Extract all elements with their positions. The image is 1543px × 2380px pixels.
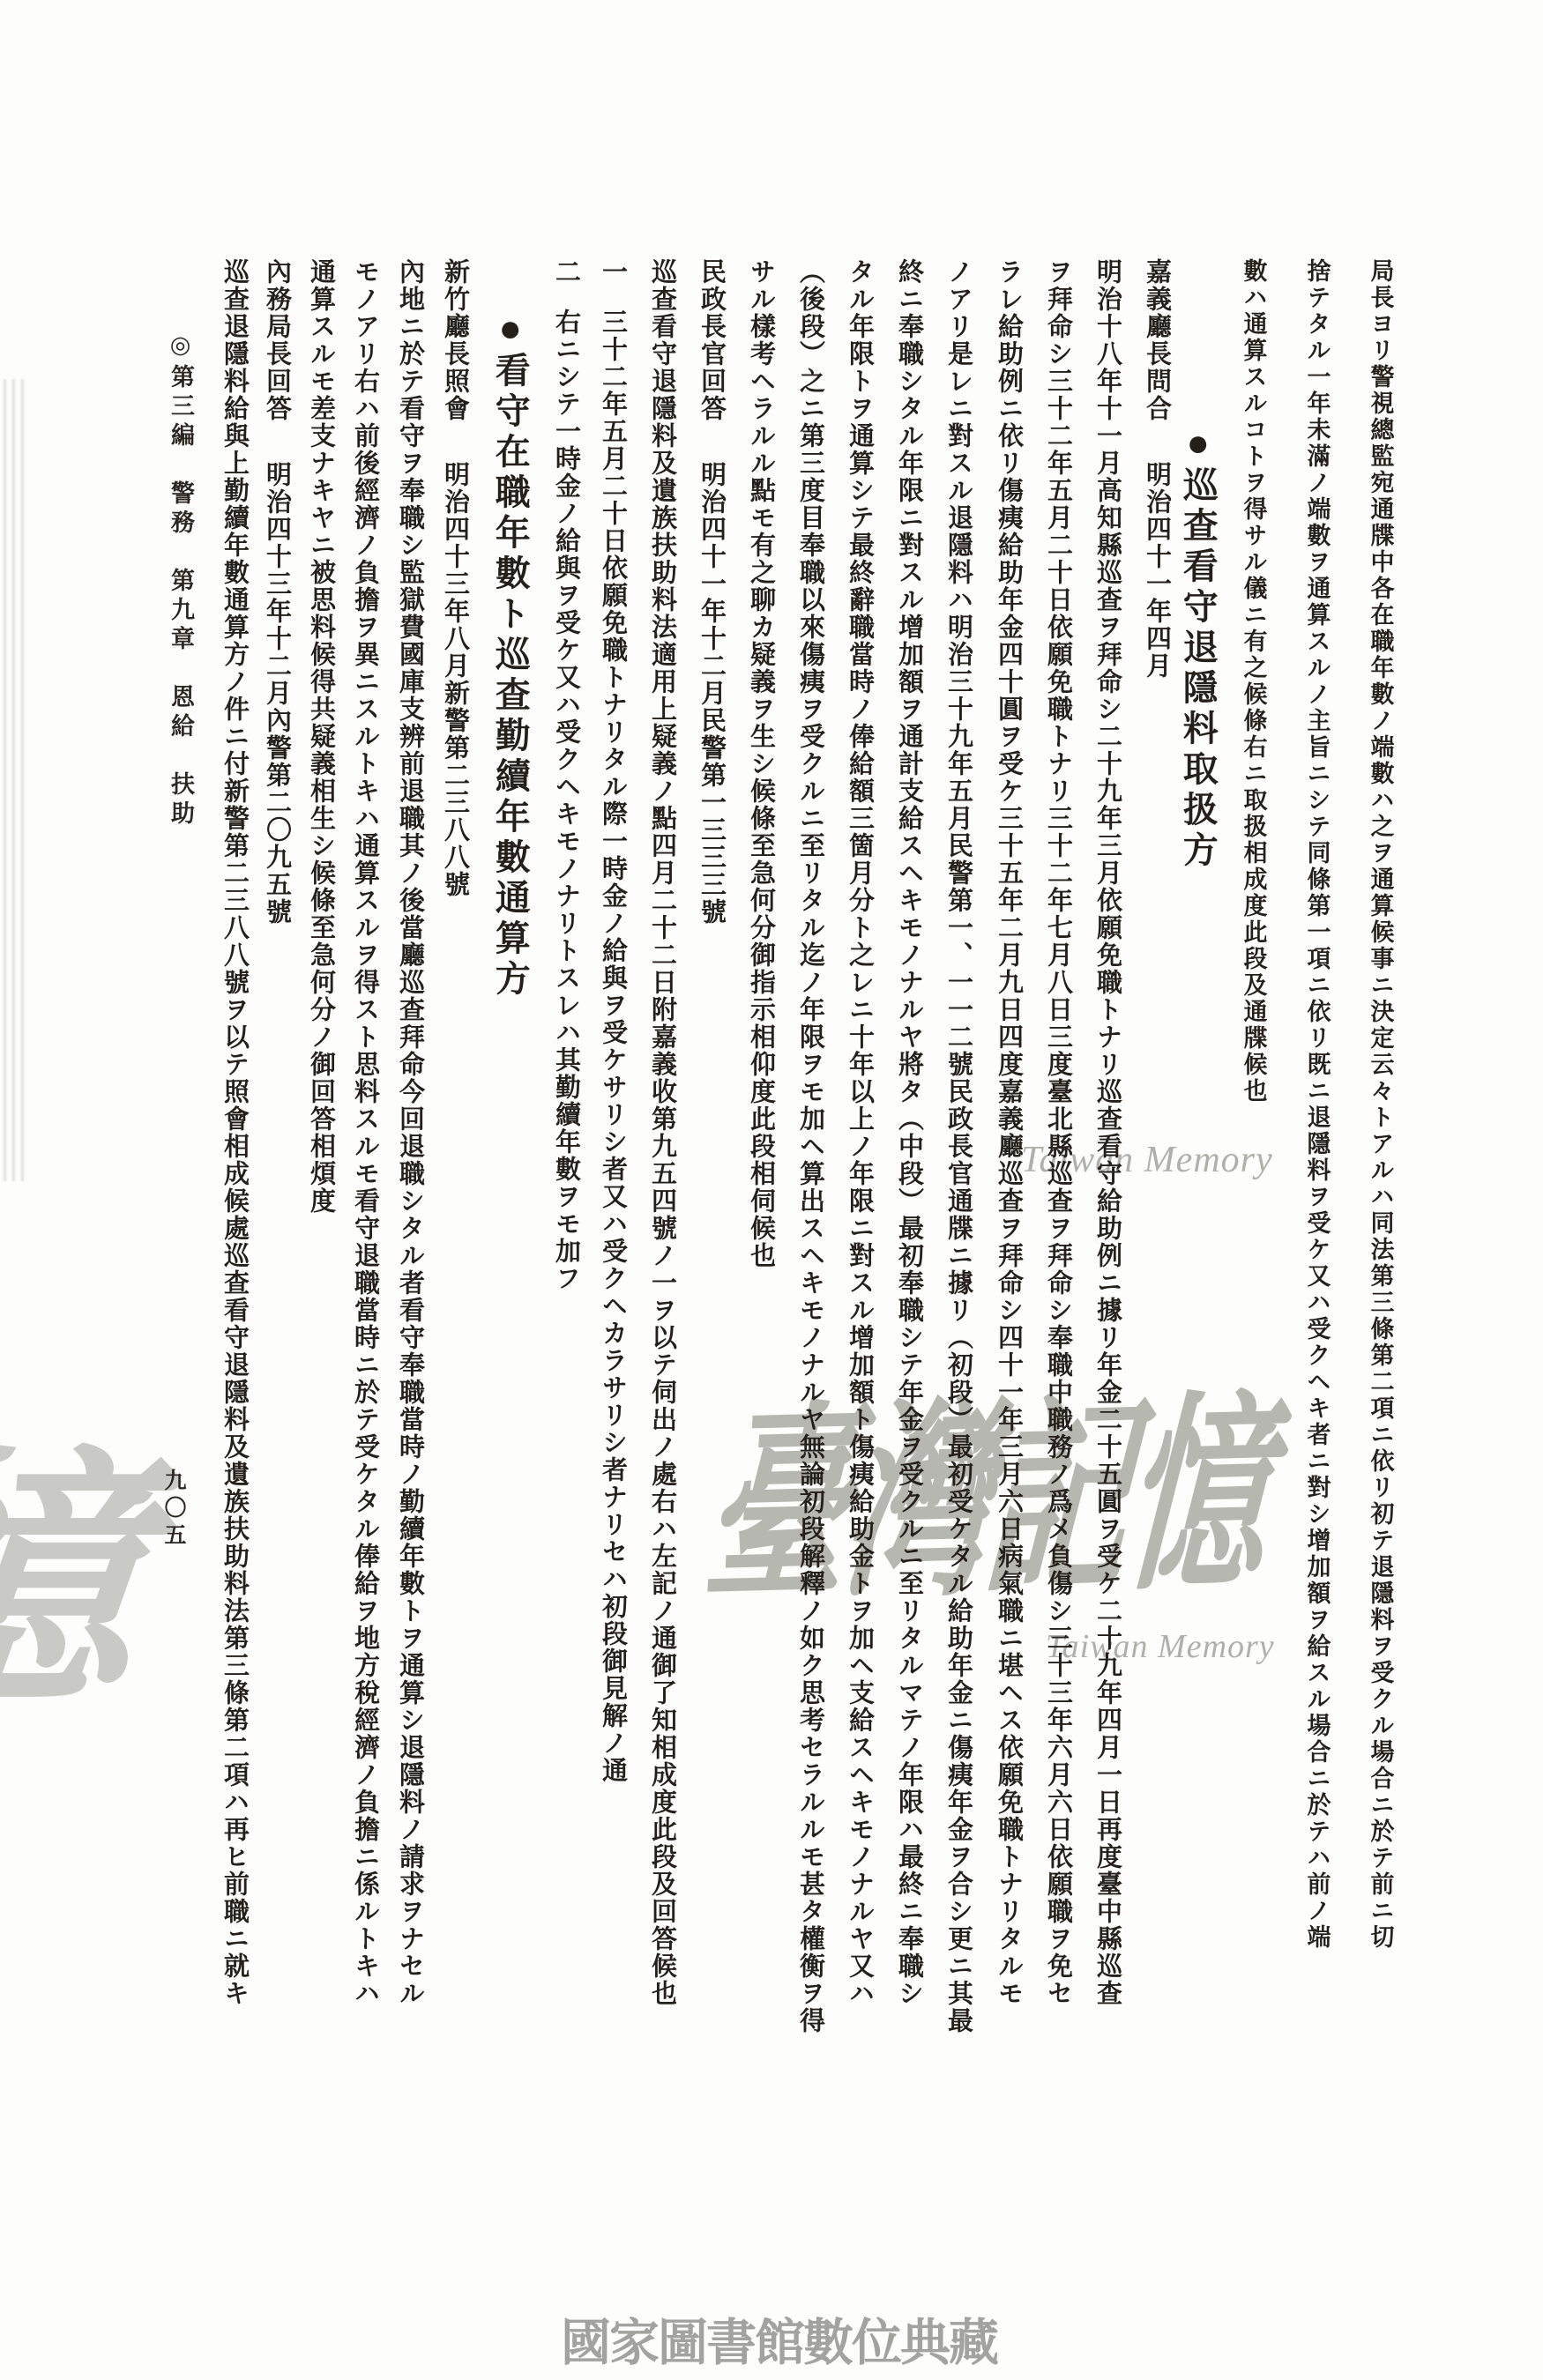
intro-column-1: 局長ヨリ警視總監宛通牒中各在職年數ノ端數ハ之ヲ通算候事ニ決定云々トアルハ同法第三… — [1362, 258, 1398, 1951]
section-heading-service-years: ●看守在職年數ト巡查勤續年數通算方 — [485, 307, 535, 1000]
watermark-taiwan-memory-latin: Taiwan Memory — [1046, 1627, 1275, 1666]
inquiry2-label: 新竹廳長照會 — [441, 258, 469, 422]
item-number: 一 — [599, 258, 627, 286]
inquiry1-date: 明治四十一年四月 — [1143, 461, 1171, 680]
archive-footer-label: 國家圖書館數位典藏 — [561, 2302, 997, 2375]
reply1-body-column: 巡查看守退隱料及遺族扶助料法適用上疑義ノ點四月二十二日附嘉義收第九五四號ノ一ヲ以… — [644, 258, 681, 2007]
item-text: 三十二年五月二十日依願免職トナリタル際一時金ノ給與ヲ受ケサリシ者又ハ受クヘカラサ… — [599, 309, 627, 1784]
page-bleed-marks — [4, 379, 30, 1181]
reply2-body-column: 巡查退隱料給與上勤續年數通算方ノ件ニ付新警第二三八八號ヲ以テ照會相成候處巡查看守… — [216, 258, 253, 2007]
heading-bullet-icon: ● — [1176, 421, 1219, 466]
inquiry1-body-column: サル樣考ヘラルル點モ有之聊カ疑義ヲ生シ候條至急何分御指示相仰度此段相伺候也 — [742, 258, 779, 1269]
inquiry2-body-column: 內地ニ於テ看守ヲ奉職シ監獄費國庫支辨前退職其ノ後當廳巡查拜命今回退職シタル者看守… — [391, 258, 429, 2007]
reply2-date: 明治四十三年十二月內警第二〇九五號 — [263, 461, 291, 926]
reply1-date: 明治四十一年十二月民警第一三三三號 — [697, 461, 726, 926]
heading-bullet-icon: ● — [488, 307, 532, 352]
margin-edition-label: ◎第三編 警務 第九章 恩給 扶助 — [164, 331, 198, 829]
reply1-item-column: 一三十二年五月二十日依願免職トナリタル際一時金ノ給與ヲ受ケサリシ者又ハ受クヘカラ… — [594, 258, 631, 1784]
reply1-item-column: 二右ニシテ一時金ノ給與ヲ受ケ又ハ受クヘキモノナリトスレハ其勤續年數ヲモ加フ — [548, 258, 585, 1292]
intro-column-3: 數ハ通算スルコトヲ得サル儀ニ有之候條右ニ取扱相成度此段及通牒候也 — [1235, 258, 1271, 1104]
inquiry2-body-column: モノアリ右ハ前後經濟ノ負擔ヲ異ニスルトキハ通算スルヲ得スト思料スルモ看守退職當時… — [347, 258, 384, 2007]
inquiry1-body-column: 明治十八年十一月高知縣巡查ヲ拜命シ二十九年三月依願免職トナリ巡查看守給助例ニ據リ… — [1089, 258, 1126, 2007]
inquiry1-body-column: 終ニ奉職シタル年限ニ對スル增加額ヲ通計支給スヘキモノナルヤ將タ︵中段︶最初奉職シ… — [891, 258, 928, 2007]
inquiry2-date: 明治四十三年八月新警第二三八八號 — [441, 461, 469, 898]
inquiry2-header-column: 新竹廳長照會明治四十三年八月新警第二三八八號 — [436, 258, 473, 898]
inquiry1-body-column: ラレ給助例ニ依リ傷痍給助年金四十圓ヲ受ケ三十五年二月九日四度嘉義廳巡查ヲ拜命シ四… — [990, 258, 1027, 2007]
reply2-label: 內務局長回答 — [263, 258, 291, 422]
heading-title: 看守在職年數ト巡查勤續年數通算方 — [490, 352, 530, 1000]
item-text: 右ニシテ一時金ノ給與ヲ受ケ又ハ受クヘキモノナリトスレハ其勤續年數ヲモ加フ — [552, 309, 580, 1292]
intro-column-2: 捨テタル一年未滿ノ端數ヲ通算スルノ主旨ニシテ同條第一項ニ依リ既ニ退隱料ヲ受ケ又ハ… — [1299, 258, 1335, 1951]
inquiry1-body-column: タル年限トヲ通算シテ最終辭職當時ノ俸給額三箇月分ト之レニ十年以上ノ年限ニ對スル增… — [841, 258, 878, 2007]
inquiry1-body-column: ︵後段︶之ニ第三度目奉職以來傷痍ヲ受クルニ至リタル迄ノ年限ヲモ加ヘ算出スヘキモノ… — [792, 258, 829, 2034]
watermark-taiwan-memory-cjk: 臺灣記憶 — [696, 1326, 1278, 1641]
inquiry1-body-column: ノアリ是レニ對スル退隱料ハ明治三十九年五月民警第一、一一二號民政長官通牒ニ據リ︵… — [940, 258, 977, 2034]
section-heading-pension-handling: ●巡查看守退隱料取扱方 — [1173, 421, 1223, 872]
reply1-label: 民政長官回答 — [697, 258, 726, 422]
heading-title: 巡查看守退隱料取扱方 — [1178, 466, 1218, 872]
watermark-clipped-glyph: 憶 — [0, 1362, 161, 1755]
reply2-header-column: 內務局長回答明治四十三年十二月內警第二〇九五號 — [258, 258, 295, 926]
inquiry1-header-column: 嘉義廳長問合明治四十一年四月 — [1138, 258, 1175, 680]
inquiry1-body-column: ヲ拜命シ三十二年五月二十日依願免職トナリ三十二年七月八日三度臺北縣巡查ヲ拜命シ奉… — [1040, 258, 1077, 2007]
inquiry2-body-column: 通算スルモ差支ナキヤニ被思料候得共疑義相生シ候條至急何分ノ御回答相煩度 — [302, 258, 339, 1215]
item-number: 二 — [552, 258, 580, 286]
reply1-header-column: 民政長官回答明治四十一年十二月民警第一三三三號 — [693, 258, 730, 926]
page-number: 九〇五 — [157, 1469, 189, 1551]
scanned-page: 憶 臺灣記憶 Taiwan Memory Taiwan Memory 國家圖書館… — [0, 0, 1543, 2380]
inquiry1-label: 嘉義廳長問合 — [1143, 258, 1171, 422]
